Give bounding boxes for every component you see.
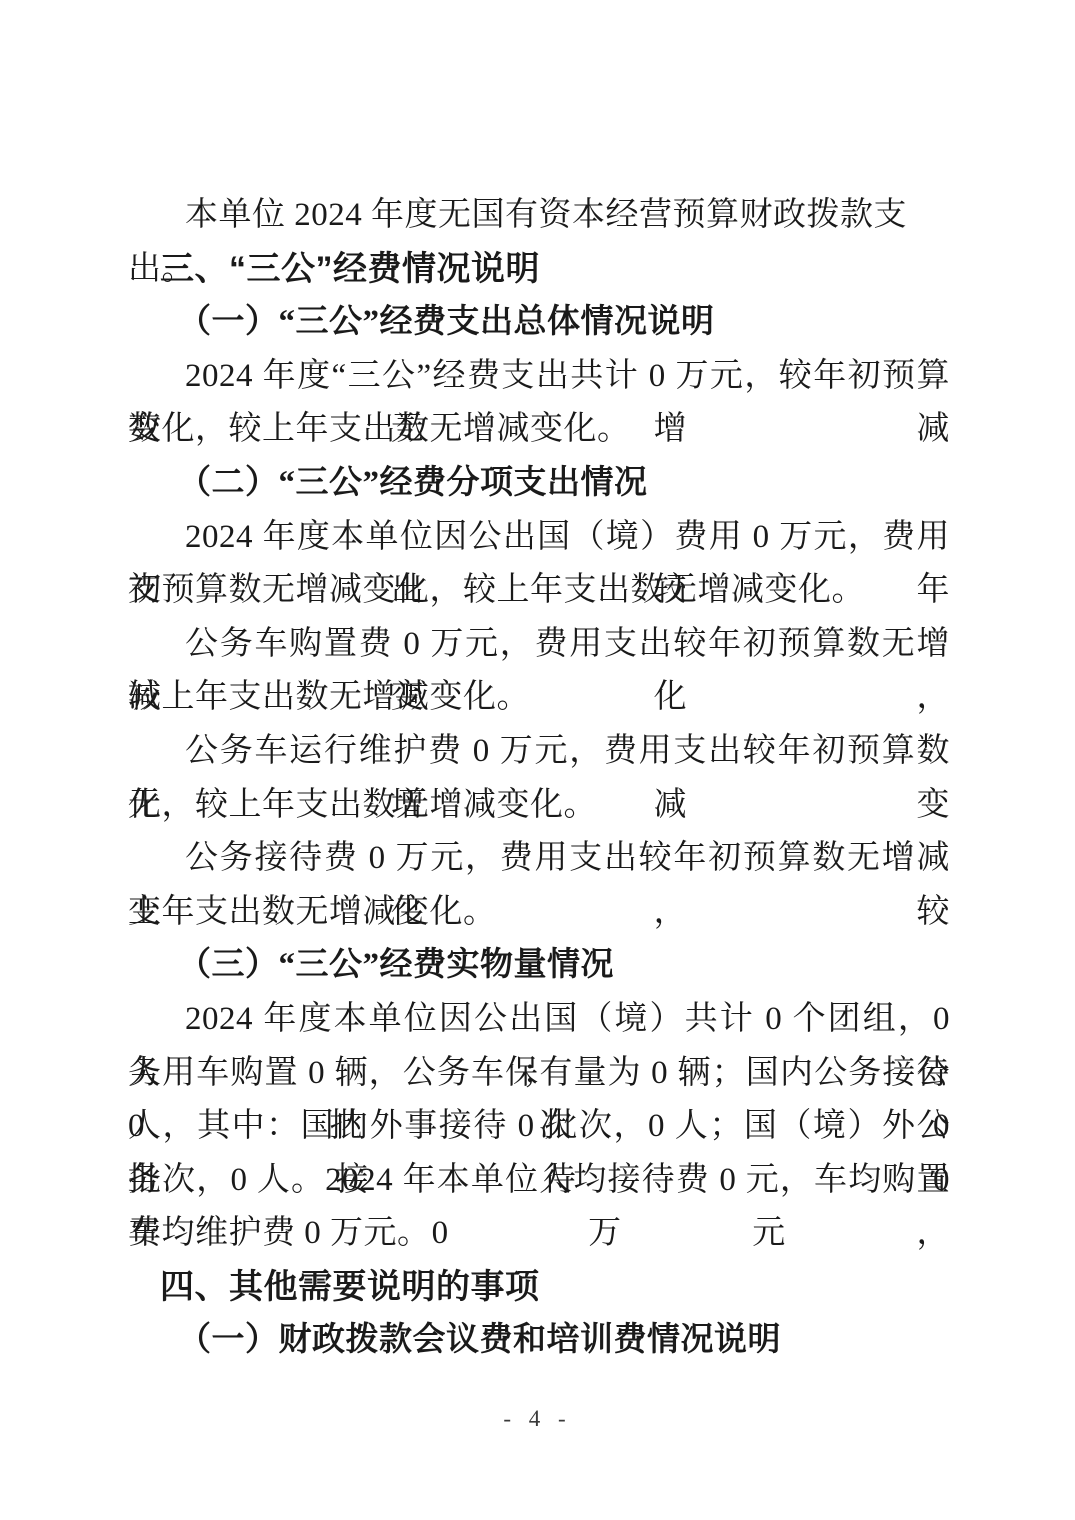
document-page: 本单位 2024 年度无国有资本经营预算财政拨款支出。 三、“三公”经费情况说明… xyxy=(0,0,1075,1520)
para-line: 公务车购置费 0 万元，费用支出较年初预算数无增减变化， xyxy=(128,618,950,672)
subsection-heading: （三）“三公”经费实物量情况 xyxy=(128,939,950,993)
subsection-heading: （一）“三公”经费支出总体情况说明 xyxy=(128,296,950,350)
para-line: 2024 年度本单位因公出国（境）费用 0 万元，费用支出较年 xyxy=(128,511,950,565)
document-body: 本单位 2024 年度无国有资本经营预算财政拨款支出。 三、“三公”经费情况说明… xyxy=(128,189,950,1368)
para-line: 批次，0 人。2024 年本单位人均接待费 0 元，车均购置费 0 万元， xyxy=(128,1154,950,1208)
page-number: - 4 - xyxy=(0,1406,1075,1432)
para-line: 公务接待费 0 万元，费用支出较年初预算数无增减变化，较 xyxy=(128,832,950,886)
para-line: 2024 年度本单位因公出国（境）共计 0 个团组，0 人；公 xyxy=(128,993,950,1047)
para-line: 人，其中：国内外事接待 0 批次，0 人；国（境）外公务接待 0 xyxy=(128,1100,950,1154)
section-heading-four: 四、其他需要说明的事项 xyxy=(128,1261,950,1315)
para-line: 2024 年度“三公”经费支出共计 0 万元，较年初预算数无增减 xyxy=(128,350,950,404)
subsection-heading: （二）“三公”经费分项支出情况 xyxy=(128,457,950,511)
section-heading-three: 三、“三公”经费情况说明 xyxy=(128,243,950,297)
para-line: 务用车购置 0 辆，公务车保有量为 0 辆；国内公务接待 0 批次 0 xyxy=(128,1047,950,1101)
subsection-heading: （一）财政拨款会议费和培训费情况说明 xyxy=(128,1314,950,1368)
para-line: 初预算数无增减变化，较上年支出数无增减变化。 xyxy=(128,564,950,618)
para-line: 公务车运行维护费 0 万元，费用支出较年初预算数无增减变 xyxy=(128,725,950,779)
para-line: 本单位 2024 年度无国有资本经营预算财政拨款支出。 xyxy=(128,189,950,243)
